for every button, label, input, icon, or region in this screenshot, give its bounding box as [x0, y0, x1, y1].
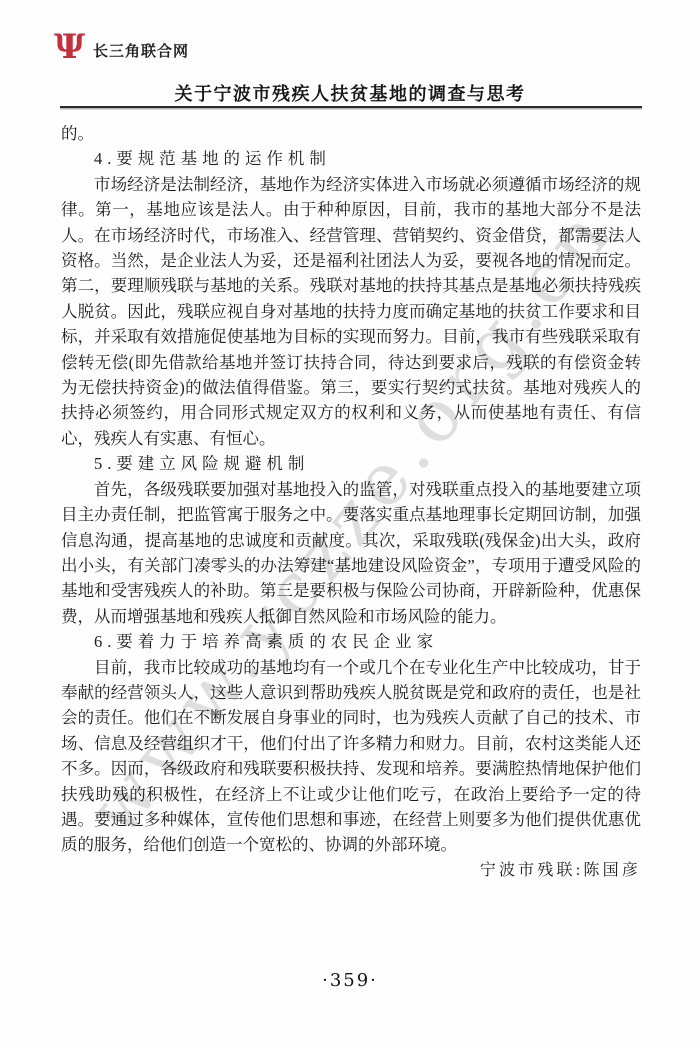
section-4-paragraph: 市场经济是法制经济，基地作为经济实体进入市场就必须遵循市场经济的规律。第一，基地… [61, 172, 641, 451]
scanned-document-page: www.yczze.org.cn Ψ 长三角联合网 关于宁波市残疾人扶贫基地的调… [0, 0, 700, 1050]
site-name: 长三角联合网 [93, 34, 189, 61]
page-number: ·359· [0, 970, 700, 991]
section-heading-5: 5.要建立风险规避机制 [61, 451, 641, 476]
section-6-paragraph: 目前，我市比较成功的基地均有一个或几个在专业化生产中比较成功，甘于奉献的经营领头… [61, 655, 641, 858]
section-heading-6: 6.要着力于培养高素质的农民企业家 [61, 629, 641, 654]
title-divider [60, 106, 642, 108]
site-logo: Ψ 长三角联合网 [54, 30, 189, 64]
trident-logo-icon: Ψ [54, 30, 85, 64]
paragraph-continuation: 的。 [61, 121, 641, 146]
section-heading-4: 4.要规范基地的运作机制 [61, 146, 641, 171]
section-5-paragraph: 首先，各级残联要加强对基地投入的监管，对残联重点投入的基地要建立项目主办责任制，… [61, 477, 641, 629]
document-body: 的。 4.要规范基地的运作机制 市场经济是法制经济，基地作为经济实体进入市场就必… [61, 121, 641, 883]
author-signature: 宁波市残联:陈国彦 [61, 858, 641, 883]
document-title: 关于宁波市残疾人扶贫基地的调查与思考 [0, 80, 700, 106]
